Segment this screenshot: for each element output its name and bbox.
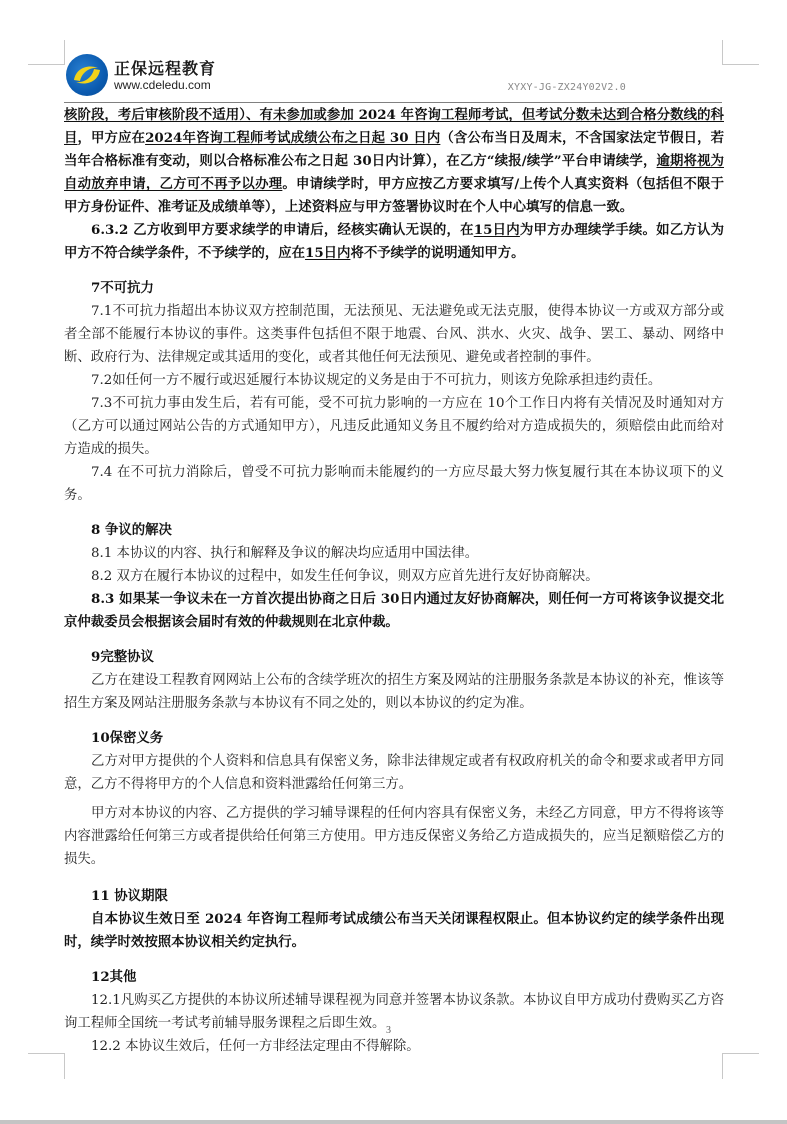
clause-7-3: 7.3不可抗力事由发生后，若有可能，受不可抗力影响的一方应在 10个工作日内将有…: [64, 392, 724, 461]
section-10-paragraph-1: 乙方对甲方提供的个人资料和信息具有保密义务，除非法律规定或者有权政府机关的命令和…: [64, 750, 724, 796]
section-heading-10: 10保密义务: [64, 727, 724, 750]
clause-8-1: 8.1 本协议的内容、执行和解释及争议的解决均应适用中国法律。: [64, 542, 724, 565]
document-body: 核阶段，考后审核阶段不适用）、有未参加或参加 2024 年咨询工程师考试，但考试…: [64, 104, 724, 1058]
brand-url: www.cdeledu.com: [114, 78, 211, 92]
section-heading-7: 7不可抗力: [64, 277, 724, 300]
underlined-text: 15日内: [474, 222, 520, 238]
section-heading-11: 11 协议期限: [64, 885, 724, 908]
section-heading-8: 8 争议的解决: [64, 519, 724, 542]
section-10-paragraph-2: 甲方对本协议的内容、乙方提供的学习辅导课程的任何内容具有保密义务，未经乙方同意，…: [64, 802, 724, 871]
document-code: XYXY-JG-ZX24Y02V2.0: [508, 82, 626, 93]
section-9-text: 乙方在建设工程教育网网站上公布的含续学班次的招生方案及网站的注册服务条款是本协议…: [64, 669, 724, 715]
page-separator: [0, 1120, 787, 1124]
clause-12-2: 12.2 本协议生效后，任何一方非经法定理由不得解除。: [64, 1035, 724, 1058]
underlined-text: 2024年咨询工程师考试成绩公布之日起 30 日内: [145, 130, 440, 146]
section-heading-9: 9完整协议: [64, 646, 724, 669]
page-number: 3: [386, 1025, 391, 1036]
clause-8-2: 8.2 双方在履行本协议的过程中，如发生任何争议，则双方应首先进行友好协商解决。: [64, 565, 724, 588]
clause-7-2: 7.2如任何一方不履行或迟延履行本协议规定的义务是由于不可抗力，则该方免除承担违…: [64, 369, 724, 392]
page-corner-mark-bottom-left: [28, 1053, 65, 1079]
page-corner-mark-top-right: [722, 40, 759, 65]
section6-continuation: 核阶段，考后审核阶段不适用）、有未参加或参加 2024 年咨询工程师考试，但考试…: [64, 104, 724, 219]
underlined-text: 15日内: [305, 245, 350, 261]
section-heading-12: 12其他: [64, 966, 724, 989]
clause-7-1: 7.1不可抗力指超出本协议双方控制范围，无法预见、无法避免或无法克服，使得本协议…: [64, 300, 724, 369]
text-run: ，甲方应在: [78, 130, 146, 146]
section-11-text: 自本协议生效日至 2024 年咨询工程师考试成绩公布当天关闭课程权限止。但本协议…: [64, 908, 724, 954]
page-header: 正保远程教育 www.cdeledu.com XYXY-JG-ZX24Y02V2…: [64, 52, 722, 103]
clause-8-3: 8.3 如果某一争议未在一方首次提出协商之日后 30日内通过友好协商解决，则任何…: [64, 588, 724, 634]
page-corner-mark-top-left: [28, 40, 65, 65]
clause-12-1: 12.1凡购买乙方提供的本协议所述辅导课程视为同意并签署本协议条款。本协议自甲方…: [64, 989, 724, 1035]
clause-6-3-2: 6.3.2 乙方收到甲方要求续学的申请后，经核实确认无误的，在15日内为甲方办理…: [64, 219, 724, 265]
page-corner-mark-bottom-right: [722, 1053, 759, 1079]
text-run: 将不予续学的说明通知甲方。: [350, 245, 524, 261]
clause-7-4: 7.4 在不可抗力消除后，曾受不可抗力影响而未能履约的一方应尽最大努力恢复履行其…: [64, 461, 724, 507]
text-run: 6.3.2 乙方收到甲方要求续学的申请后，经核实确认无误的，在: [91, 222, 474, 238]
brand-logo-icon: [66, 54, 108, 96]
brand-name: 正保远程教育: [114, 56, 216, 79]
